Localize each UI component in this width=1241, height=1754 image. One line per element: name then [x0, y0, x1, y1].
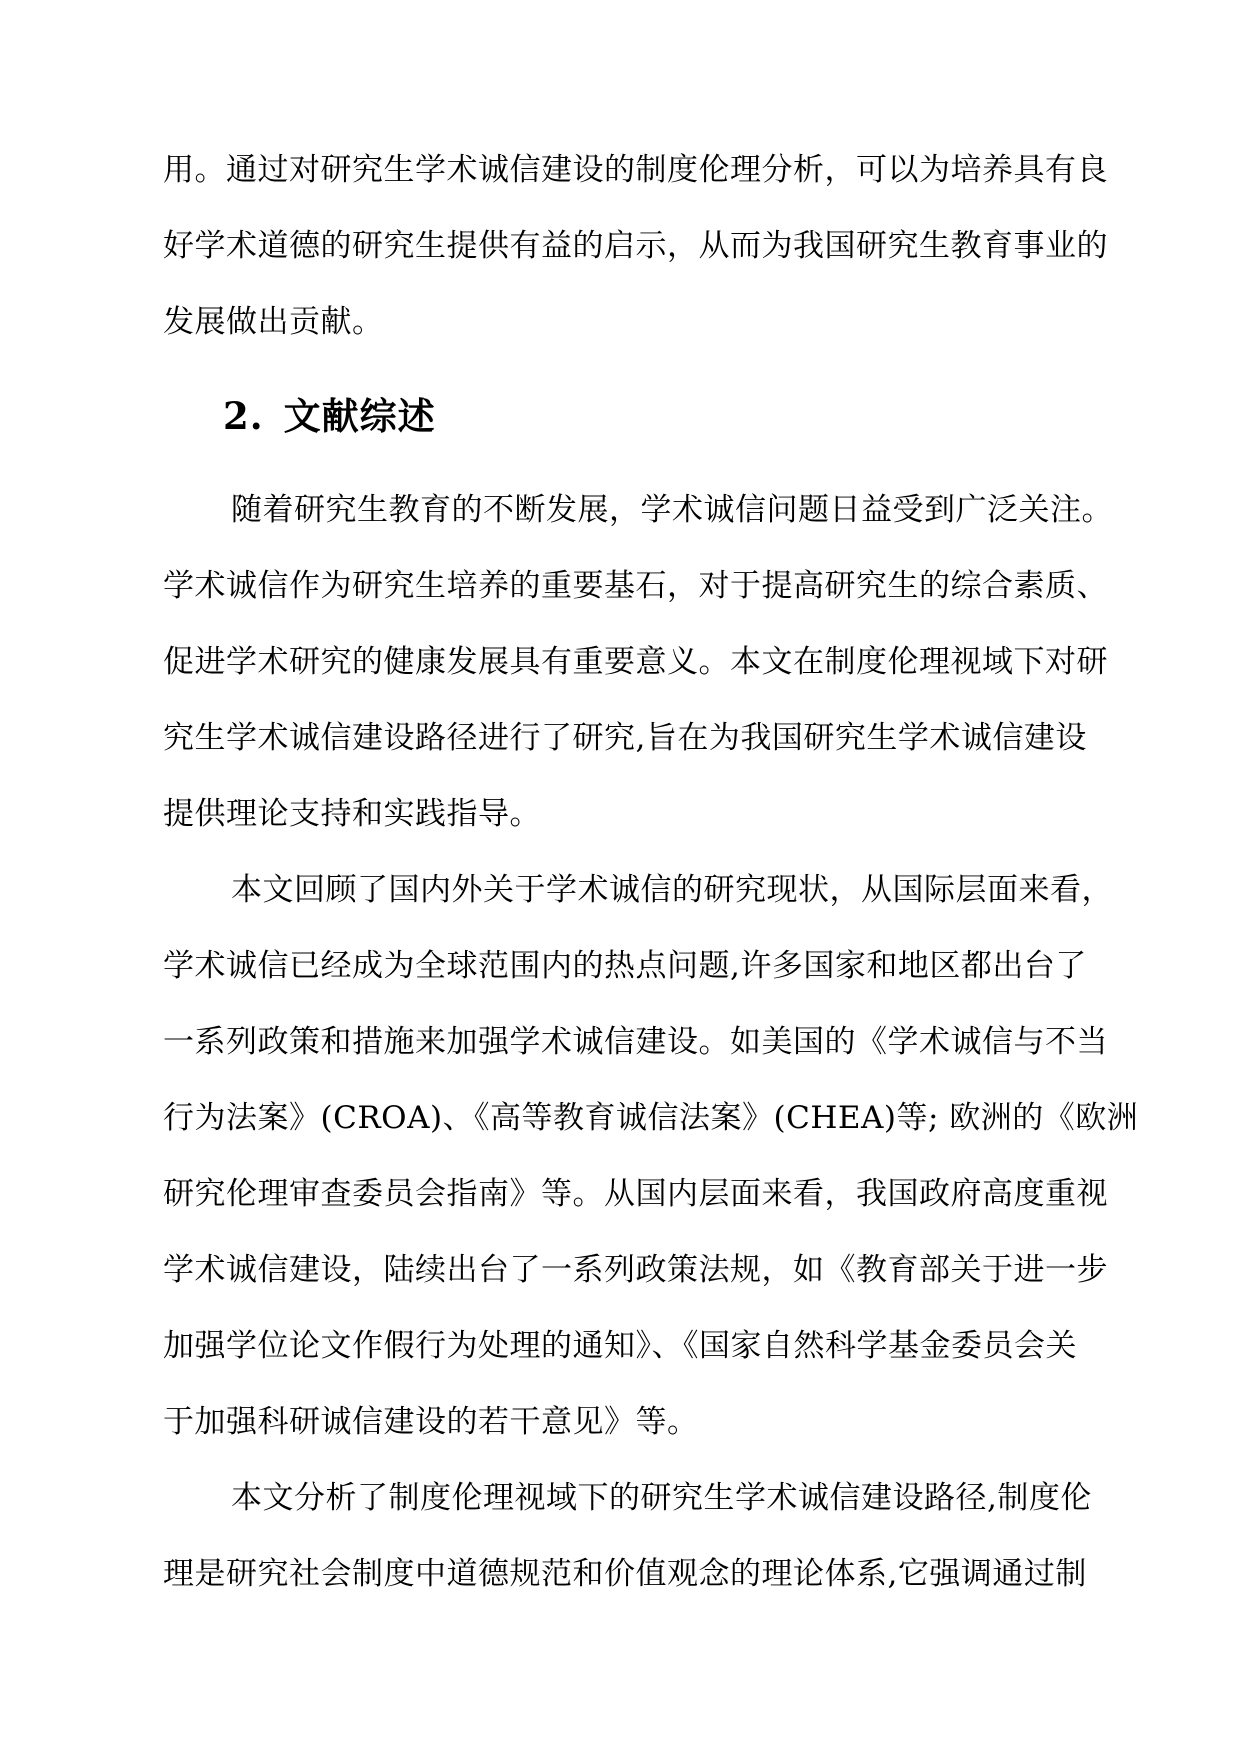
- paragraph-3-line-4: 行为法案》(CROA)、《高等教育诚信法案》(CHEA)等; 欧洲的《欧洲: [163, 1080, 1075, 1156]
- page-content: 用。通过对研究生学术诚信建设的制度伦理分析，可以为培养具有良 好学术道德的研究生…: [0, 0, 1241, 1612]
- paragraph-2-line-4: 究生学术诚信建设路径进行了研究,旨在为我国研究生学术诚信建设: [163, 700, 1075, 776]
- section-heading: 2.文献综述: [163, 360, 1075, 472]
- paragraph-3-line-8: 于加强科研诚信建设的若干意见》等。: [163, 1384, 1075, 1460]
- document-page: 用。通过对研究生学术诚信建设的制度伦理分析，可以为培养具有良 好学术道德的研究生…: [0, 0, 1241, 1754]
- paragraph-2-line-2: 学术诚信作为研究生培养的重要基石，对于提高研究生的综合素质、: [163, 548, 1075, 624]
- paragraph-3-line-5: 研究伦理审查委员会指南》等。从国内层面来看，我国政府高度重视: [163, 1156, 1075, 1232]
- paragraph-3-line-7: 加强学位论文作假行为处理的通知》、《国家自然科学基金委员会关: [163, 1308, 1075, 1384]
- paragraph-1-line-1: 用。通过对研究生学术诚信建设的制度伦理分析，可以为培养具有良: [163, 132, 1075, 208]
- paragraph-2-line-1: 随着研究生教育的不断发展，学术诚信问题日益受到广泛关注。: [163, 472, 1075, 548]
- section-number: 2.: [223, 394, 264, 438]
- paragraph-3-line-2: 学术诚信已经成为全球范围内的热点问题,许多国家和地区都出台了: [163, 928, 1075, 1004]
- paragraph-1-line-3: 发展做出贡献。: [163, 284, 1075, 360]
- paragraph-2-line-5: 提供理论支持和实践指导。: [163, 776, 1075, 852]
- section-title: 文献综述: [284, 394, 436, 438]
- paragraph-1-line-2: 好学术道德的研究生提供有益的启示，从而为我国研究生教育事业的: [163, 208, 1075, 284]
- paragraph-4-line-2: 理是研究社会制度中道德规范和价值观念的理论体系,它强调通过制: [163, 1536, 1075, 1612]
- paragraph-2-line-3: 促进学术研究的健康发展具有重要意义。本文在制度伦理视域下对研: [163, 624, 1075, 700]
- paragraph-3-line-3: 一系列政策和措施来加强学术诚信建设。如美国的《学术诚信与不当: [163, 1004, 1075, 1080]
- paragraph-3-line-6: 学术诚信建设，陆续出台了一系列政策法规，如《教育部关于进一步: [163, 1232, 1075, 1308]
- paragraph-3-line-1: 本文回顾了国内外关于学术诚信的研究现状，从国际层面来看，: [163, 852, 1075, 928]
- paragraph-4-line-1: 本文分析了制度伦理视域下的研究生学术诚信建设路径,制度伦: [163, 1460, 1075, 1536]
